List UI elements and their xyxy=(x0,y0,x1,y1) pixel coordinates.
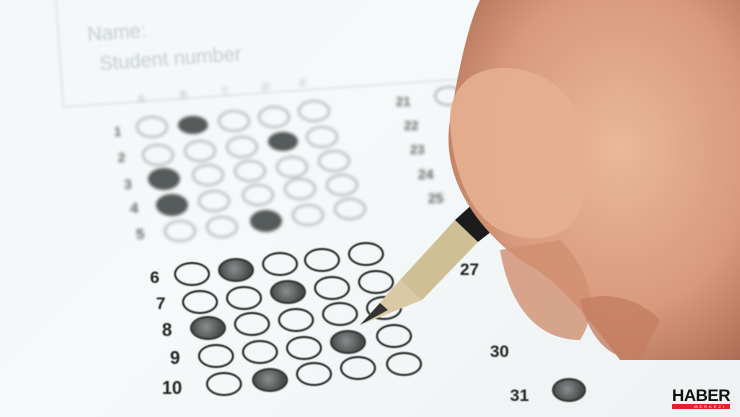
col-header-a: A xyxy=(138,94,145,105)
col-header-b: B xyxy=(180,90,187,101)
bubble[interactable] xyxy=(318,150,350,172)
logo-title: HABER xyxy=(672,388,730,404)
watermark-logo: HABER MERKEZI xyxy=(672,388,730,409)
bubble-filled[interactable] xyxy=(552,378,586,402)
bubble[interactable] xyxy=(206,216,238,238)
bubble-filled[interactable] xyxy=(148,168,180,190)
bubble[interactable] xyxy=(136,116,168,138)
question-number: 5 xyxy=(136,226,144,243)
bubble[interactable] xyxy=(276,156,308,178)
bubble[interactable] xyxy=(326,174,358,196)
bubble-filled[interactable] xyxy=(270,280,306,304)
bubble-filled[interactable] xyxy=(268,132,298,151)
question-number: 2 xyxy=(118,150,125,165)
bubble[interactable] xyxy=(198,344,234,368)
bubble-filled[interactable] xyxy=(252,368,288,392)
bubble[interactable] xyxy=(206,372,242,396)
bubble[interactable] xyxy=(284,178,316,200)
bubble[interactable] xyxy=(164,220,196,242)
name-label: Name: xyxy=(87,20,147,47)
bubble[interactable] xyxy=(314,276,350,300)
bubble-filled[interactable] xyxy=(156,194,188,216)
question-number: 7 xyxy=(156,294,165,314)
bubble[interactable] xyxy=(234,160,266,182)
bubble[interactable] xyxy=(286,336,322,360)
bubble[interactable] xyxy=(218,110,250,132)
bubble[interactable] xyxy=(322,302,358,326)
bubble[interactable] xyxy=(226,136,258,158)
bubble-filled[interactable] xyxy=(250,210,282,232)
bubble[interactable] xyxy=(298,100,330,122)
question-number: 8 xyxy=(162,320,172,341)
bubble[interactable] xyxy=(258,106,290,128)
pencil-and-hand xyxy=(360,0,740,360)
bubble[interactable] xyxy=(142,144,174,166)
question-number: 9 xyxy=(170,348,180,369)
bubble[interactable] xyxy=(242,340,278,364)
question-number: 6 xyxy=(150,268,159,288)
question-number: 1 xyxy=(114,124,121,139)
question-number: 10 xyxy=(162,378,182,399)
bubble[interactable] xyxy=(174,262,210,286)
student-number-label: Student number xyxy=(99,43,243,76)
answer-sheet: Name: Student number A B C D E 1 2 3 4 5 xyxy=(0,0,740,417)
bubble-filled[interactable] xyxy=(178,116,208,134)
question-number: 4 xyxy=(130,200,138,217)
bubble[interactable] xyxy=(262,252,298,276)
col-header-e: E xyxy=(300,78,307,89)
question-number: 31 xyxy=(510,386,529,406)
bubble[interactable] xyxy=(304,248,340,272)
bubble[interactable] xyxy=(234,312,270,336)
bubble[interactable] xyxy=(192,164,224,186)
question-number: 3 xyxy=(124,176,132,192)
bubble[interactable] xyxy=(306,126,338,148)
bubble[interactable] xyxy=(226,286,262,310)
bubble-filled[interactable] xyxy=(218,258,254,282)
bubble[interactable] xyxy=(182,290,218,314)
col-header-c: C xyxy=(222,86,229,97)
bubble[interactable] xyxy=(292,204,324,226)
bubble[interactable] xyxy=(184,140,216,162)
bubble-filled[interactable] xyxy=(190,316,226,340)
bubble[interactable] xyxy=(242,184,274,206)
bubble[interactable] xyxy=(278,308,314,332)
bubble[interactable] xyxy=(296,362,332,386)
bubble[interactable] xyxy=(198,190,230,212)
col-header-d: D xyxy=(262,82,269,93)
